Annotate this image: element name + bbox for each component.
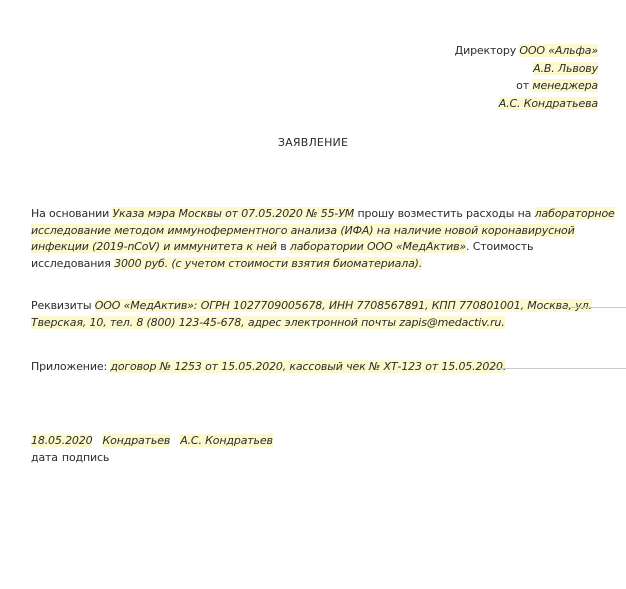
main-paragraph: На основании Указа мэра Москвы от 07.05.… (31, 206, 615, 272)
text: в (277, 240, 290, 253)
signer-name: А.С. Кондратьев (180, 434, 273, 447)
divider-line (492, 368, 626, 369)
requisites-paragraph: Реквизиты ООО «МедАктив»: ОГРН 102770900… (31, 298, 592, 331)
requisites-line-1: Реквизиты ООО «МедАктив»: ОГРН 102770900… (31, 298, 592, 315)
signature-date: 18.05.2020 (31, 434, 92, 447)
addressee-line-sender: А.С. Кондратьева (455, 95, 598, 113)
text: исследования (31, 257, 114, 270)
addressee-line-director: Директору ООО «Альфа» (455, 42, 598, 60)
text: . Стоимость (466, 240, 533, 253)
requisites-value: Тверская, 10, тел. 8 (800) 123-45-678, а… (31, 316, 505, 329)
signature-block: 18.05.2020КондратьевА.С. Кондратьев дата… (31, 433, 273, 466)
cost-value: 3000 руб. (с учетом стоимости взятия био… (114, 257, 422, 270)
appendix-label: Приложение: (31, 360, 110, 373)
signature: Кондратьев (102, 434, 170, 447)
date-label: дата (31, 451, 58, 464)
main-line-3: инфекции (2019-nCoV) и иммунитета к ней … (31, 239, 615, 256)
sender-role: менеджера (532, 79, 598, 92)
director-name: А.В. Львову (533, 62, 598, 75)
requisites-value: ООО «МедАктив»: ОГРН 1027709005678, ИНН … (95, 299, 592, 312)
service-description: лабораторное (535, 207, 615, 220)
divider-line (563, 307, 626, 308)
laboratory-name: лаборатории ООО «МедАктив» (290, 240, 466, 253)
main-line-4: исследования 3000 руб. (с учетом стоимос… (31, 256, 615, 273)
signature-labels: датаподпись (31, 450, 273, 467)
requisites-line-2: Тверская, 10, тел. 8 (800) 123-45-678, а… (31, 315, 592, 332)
main-line-1: На основании Указа мэра Москвы от 07.05.… (31, 206, 615, 223)
addressee-line-from: от менеджера (455, 77, 598, 95)
from-label: от (516, 79, 532, 92)
addressee-line-name: А.В. Львову (455, 60, 598, 78)
text: На основании (31, 207, 112, 220)
company-name: ООО «Альфа» (519, 44, 598, 57)
document-title: ЗАЯВЛЕНИЕ (0, 136, 626, 149)
appendix-paragraph: Приложение: договор № 1253 от 15.05.2020… (31, 359, 506, 376)
director-label: Директору (455, 44, 520, 57)
decree-reference: Указа мэра Москвы от 07.05.2020 № 55-УМ (112, 207, 354, 220)
service-description: инфекции (2019-nCoV) и иммунитета к ней (31, 240, 277, 253)
signature-values: 18.05.2020КондратьевА.С. Кондратьев (31, 433, 273, 450)
signature-label: подпись (62, 451, 109, 464)
addressee-block: Директору ООО «Альфа» А.В. Львову от мен… (455, 42, 598, 112)
main-line-2: исследование методом иммуноферментного а… (31, 223, 615, 240)
text: прошу возместить расходы на (354, 207, 534, 220)
requisites-label: Реквизиты (31, 299, 95, 312)
service-description: исследование методом иммуноферментного а… (31, 224, 575, 237)
sender-name: А.С. Кондратьева (499, 97, 598, 110)
appendix-value: договор № 1253 от 15.05.2020, кассовый ч… (110, 360, 506, 373)
